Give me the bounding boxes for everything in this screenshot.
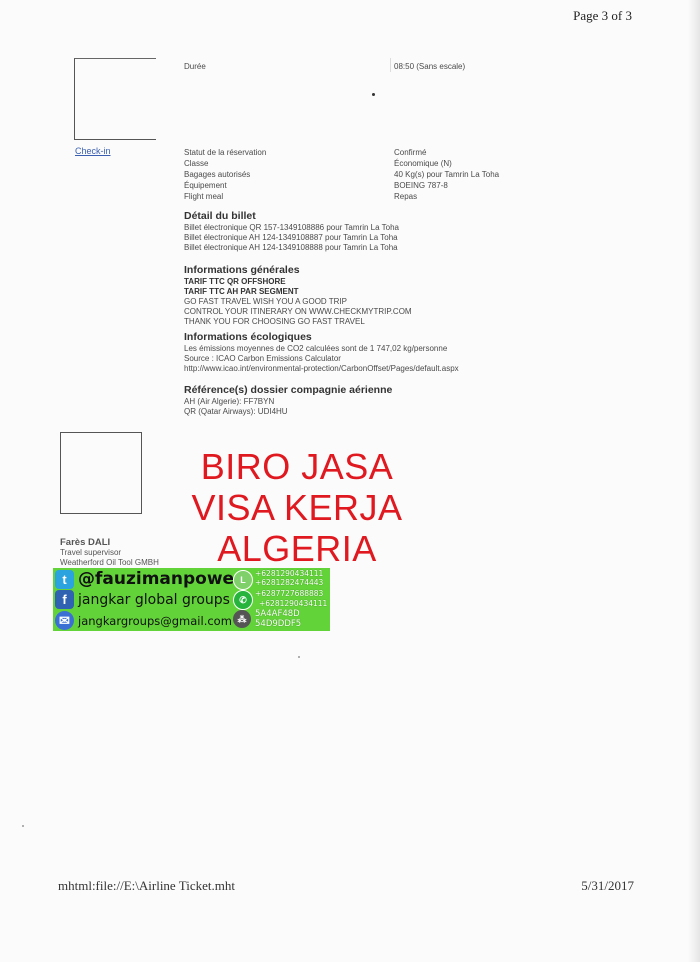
detail-label-baggage: Bagages autorisés [184, 169, 250, 180]
airline-ref-line: QR (Qatar Airways): UDI4HU [184, 407, 392, 417]
line-number: +6281282474443 [255, 578, 323, 587]
detail-value-class: Économique (N) [394, 158, 452, 169]
ticket-detail-section: Détail du billet Billet électronique QR … [184, 210, 399, 253]
detail-label-meal: Flight meal [184, 191, 223, 202]
airline-ref-line: AH (Air Algerie): FF7BYN [184, 397, 392, 407]
detail-label-class: Classe [184, 158, 208, 169]
eco-url: http://www.icao.int/environmental-protec… [184, 364, 459, 374]
info-line: CONTROL YOUR ITINERARY ON WWW.CHECKMYTRI… [184, 307, 412, 317]
watermark-line: ALGERIA [184, 528, 410, 569]
bbm-pin: 5A4AF48D [255, 609, 300, 619]
signer-company: Weatherford Oil Tool GMBH [60, 558, 159, 568]
email-icon: ✉ [55, 611, 74, 630]
email-row: ✉ jangkargroups@gmail.com [55, 611, 232, 630]
email-address: jangkargroups@gmail.com [78, 614, 232, 628]
watermark-overlay: BIRO JASA VISA KERJA ALGERIA [184, 446, 410, 569]
general-info-section: Informations générales TARIF TTC QR OFFS… [184, 264, 412, 327]
info-line: GO FAST TRAVEL WISH YOU A GOOD TRIP [184, 297, 412, 307]
scan-speck [298, 656, 300, 658]
bbm-pin: 54D9DDF5 [255, 619, 301, 629]
scan-speck [22, 825, 24, 827]
fare-line: TARIF TTC AH PAR SEGMENT [184, 287, 412, 297]
ticket-line: Billet électronique QR 157-1349108886 po… [184, 223, 399, 233]
checkin-link[interactable]: Check-in [75, 146, 111, 156]
detail-value-equipment: BOEING 787-8 [394, 180, 448, 191]
section-title: Référence(s) dossier compagnie aérienne [184, 384, 392, 397]
twitter-row: t @fauzimanpower [55, 569, 242, 589]
duration-label: Durée [184, 61, 206, 72]
eco-line: Les émissions moyennes de CO2 calculées … [184, 344, 459, 354]
footer-date: 5/31/2017 [581, 878, 634, 894]
ticket-line: Billet électronique AH 124-1349108888 po… [184, 243, 399, 253]
duration-value: 08:50 (Sans escale) [394, 61, 465, 72]
watermark-line: BIRO JASA [184, 446, 410, 487]
scan-speck [372, 93, 375, 96]
line-number: +6281290434111 [255, 569, 323, 578]
whatsapp-number: +6287727688883 [255, 589, 323, 598]
watermark-line: VISA KERJA [184, 487, 410, 528]
facebook-name: jangkar global groups [78, 592, 230, 608]
section-title: Détail du billet [184, 210, 399, 223]
stamp-placeholder-box [60, 432, 142, 514]
whatsapp-icon: ✆ [233, 590, 253, 610]
page-indicator: Page 3 of 3 [573, 8, 632, 24]
blackberry-icon: ⁂ [233, 610, 251, 628]
detail-label-status: Statut de la réservation [184, 147, 266, 158]
detail-value-meal: Repas [394, 191, 417, 202]
facebook-icon: f [55, 590, 74, 609]
scan-edge-shadow [688, 0, 700, 962]
whatsapp-number: +6281290434111 [259, 599, 327, 608]
facebook-row: f jangkar global groups [55, 590, 230, 609]
line-icon: L [233, 570, 253, 590]
eco-line: Source : ICAO Carbon Emissions Calculato… [184, 354, 459, 364]
twitter-icon: t [55, 570, 74, 589]
ticket-line: Billet électronique AH 124-1349108887 po… [184, 233, 399, 243]
section-title: Informations écologiques [184, 331, 459, 344]
detail-value-status: Confirmé [394, 147, 426, 158]
footer-source-path: mhtml:file://E:\Airline Ticket.mht [58, 878, 235, 894]
fare-line: TARIF TTC QR OFFSHORE [184, 277, 412, 287]
info-line: THANK YOU FOR CHOOSING GO FAST TRAVEL [184, 317, 412, 327]
eco-info-section: Informations écologiques Les émissions m… [184, 331, 459, 374]
signer-role: Travel supervisor [60, 548, 159, 558]
signer-name: Farès DALI [60, 538, 159, 548]
airline-refs-section: Référence(s) dossier compagnie aérienne … [184, 384, 392, 417]
detail-value-baggage: 40 Kg(s) pour Tamrin La Toha [394, 169, 499, 180]
section-title: Informations générales [184, 264, 412, 277]
signer-block: Farès DALI Travel supervisor Weatherford… [60, 538, 159, 568]
contact-banner: t @fauzimanpower f jangkar global groups… [53, 568, 330, 631]
value-divider [390, 58, 391, 72]
detail-label-equipment: Équipement [184, 180, 227, 191]
logo-placeholder-box [74, 58, 156, 140]
twitter-handle: @fauzimanpower [78, 569, 242, 589]
